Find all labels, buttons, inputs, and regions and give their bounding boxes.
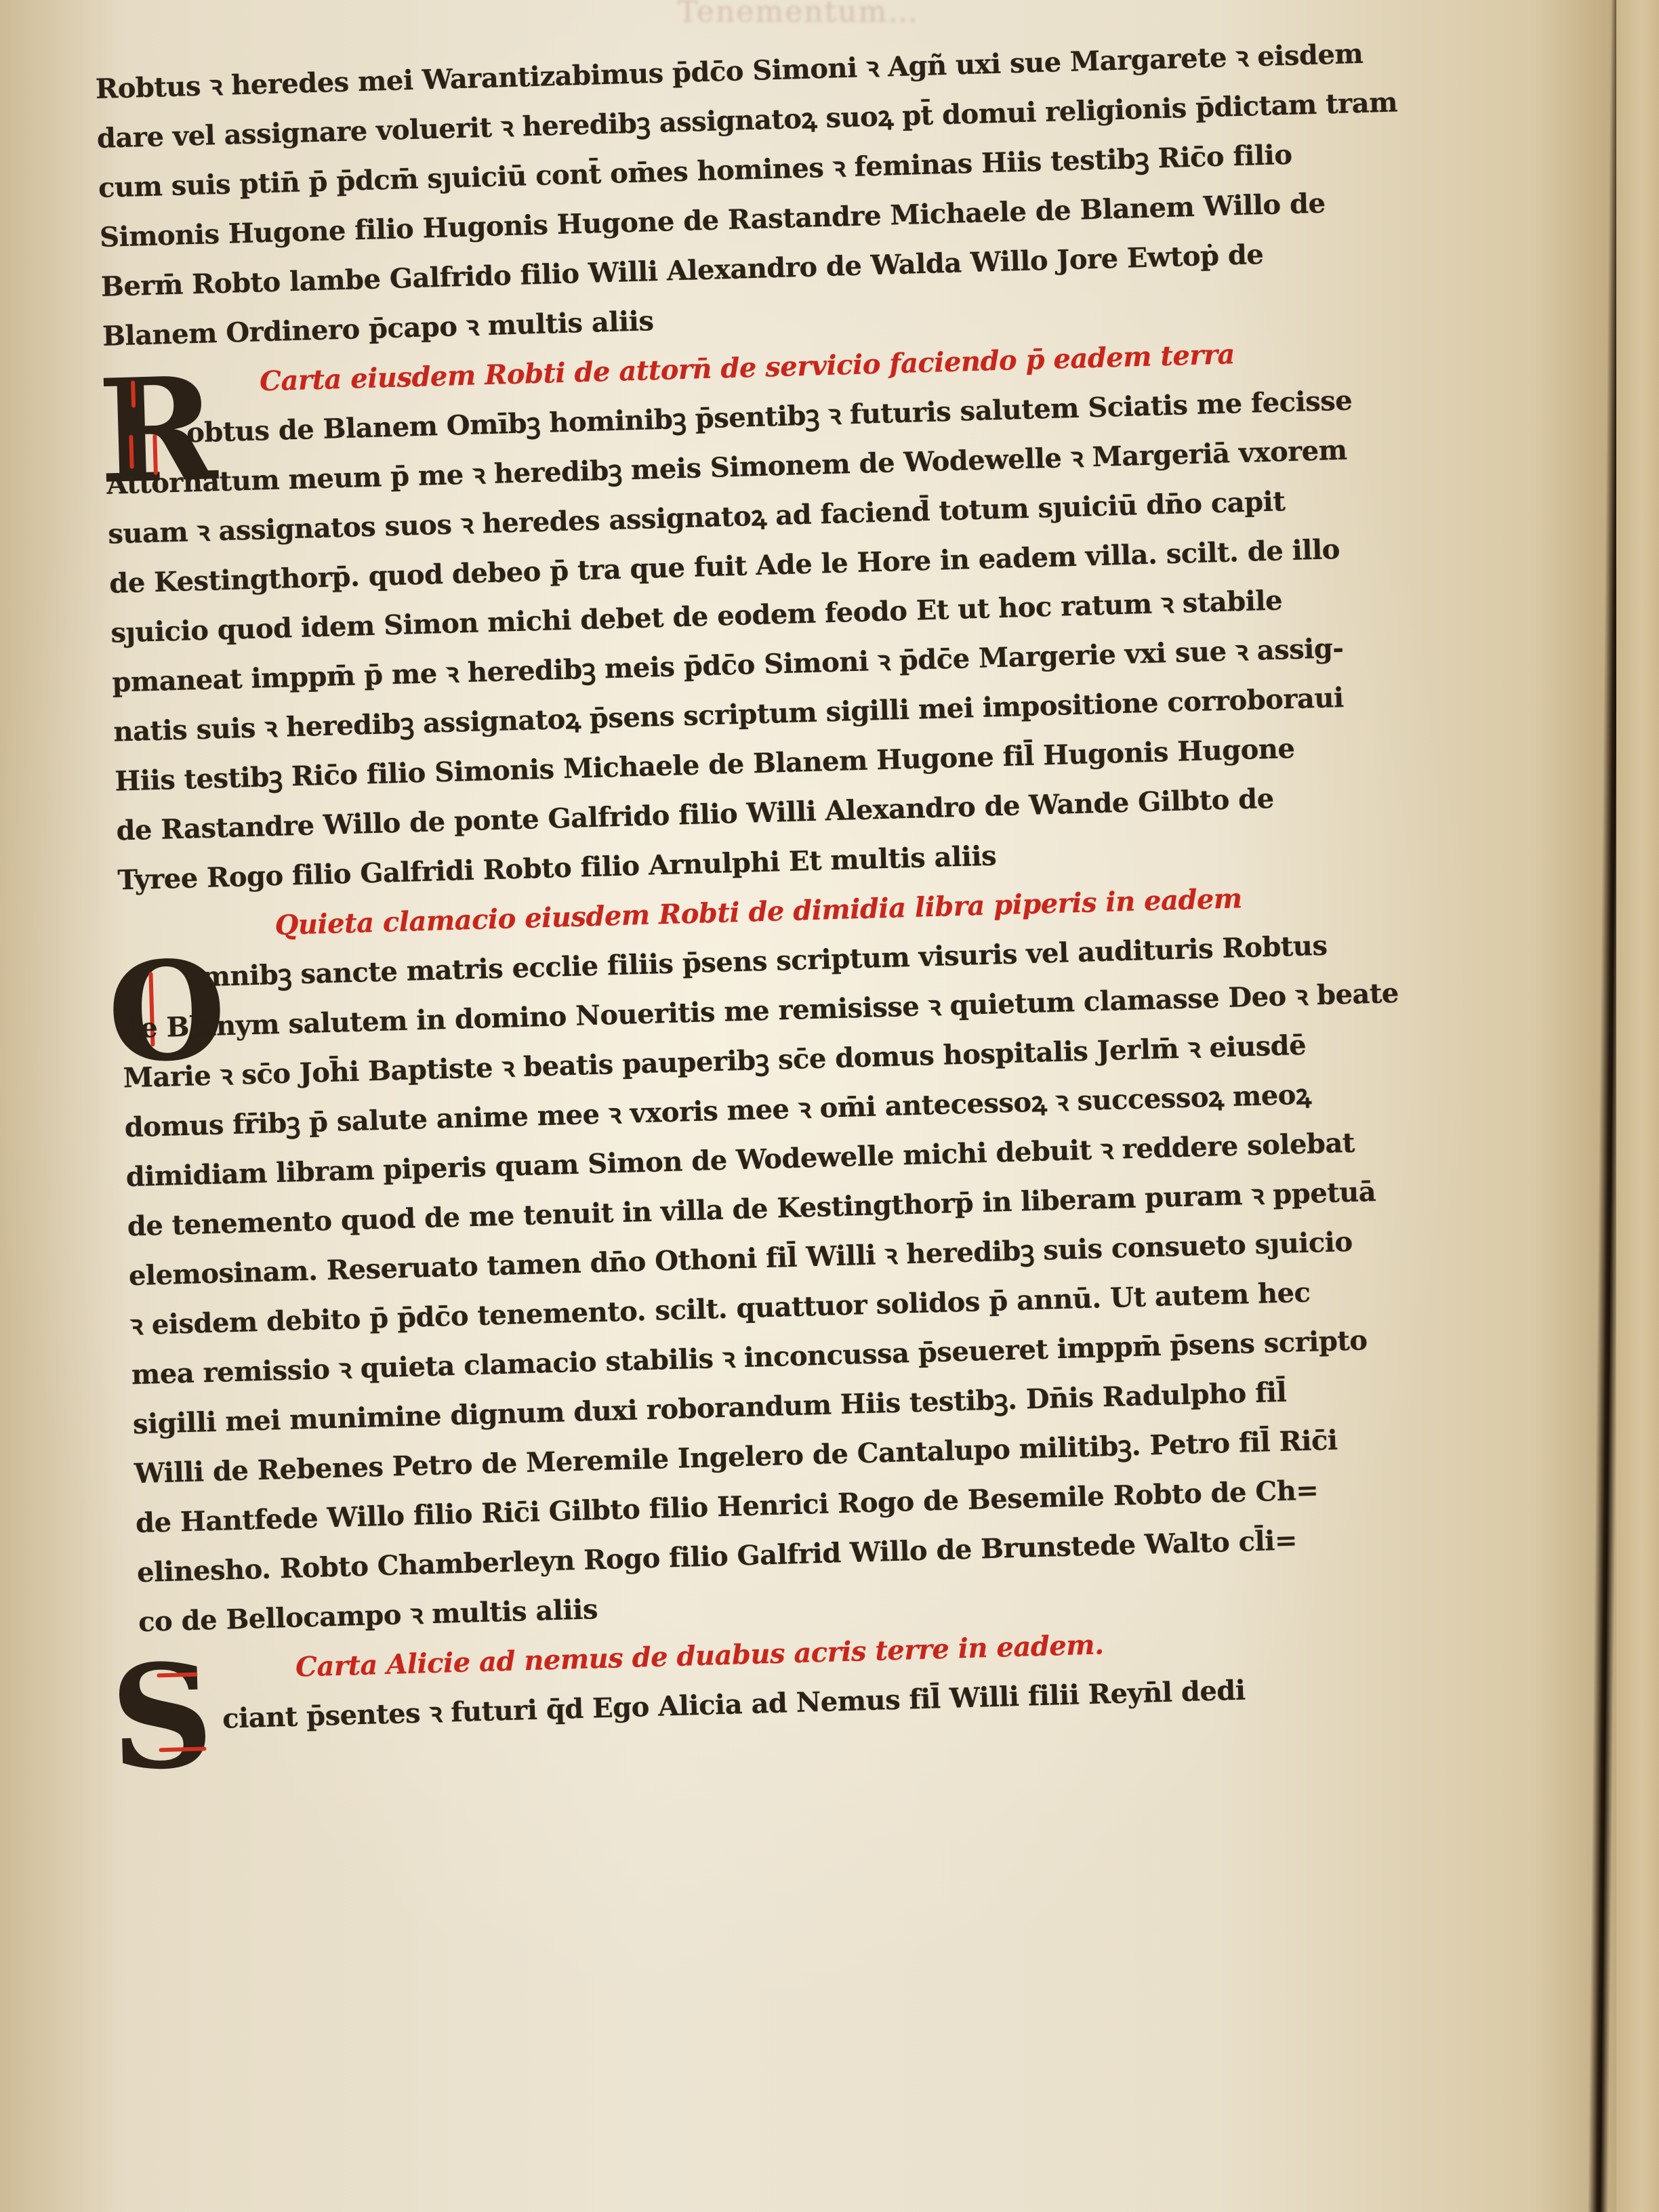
bleed-through-header: Tenementum…: [678, 0, 919, 29]
section-carta-attornatum: R Carta eiusdem Robti de attorn̄ de serv…: [103, 321, 1541, 905]
section-previous-charter: Robtus ꝛ heredes mei Warantizabimus p̄dc…: [95, 24, 1525, 361]
text-block: Robtus ꝛ heredes mei Warantizabimus p̄dc…: [95, 24, 1564, 1746]
adjacent-page-edge: [1616, 0, 1659, 2212]
section-quieta-clamacio: O Quieta clamacio eiusdem Robti de dimid…: [119, 865, 1562, 1647]
manuscript-page: Tenementum… Robtus ꝛ heredes mei Waranti…: [0, 0, 1616, 2212]
